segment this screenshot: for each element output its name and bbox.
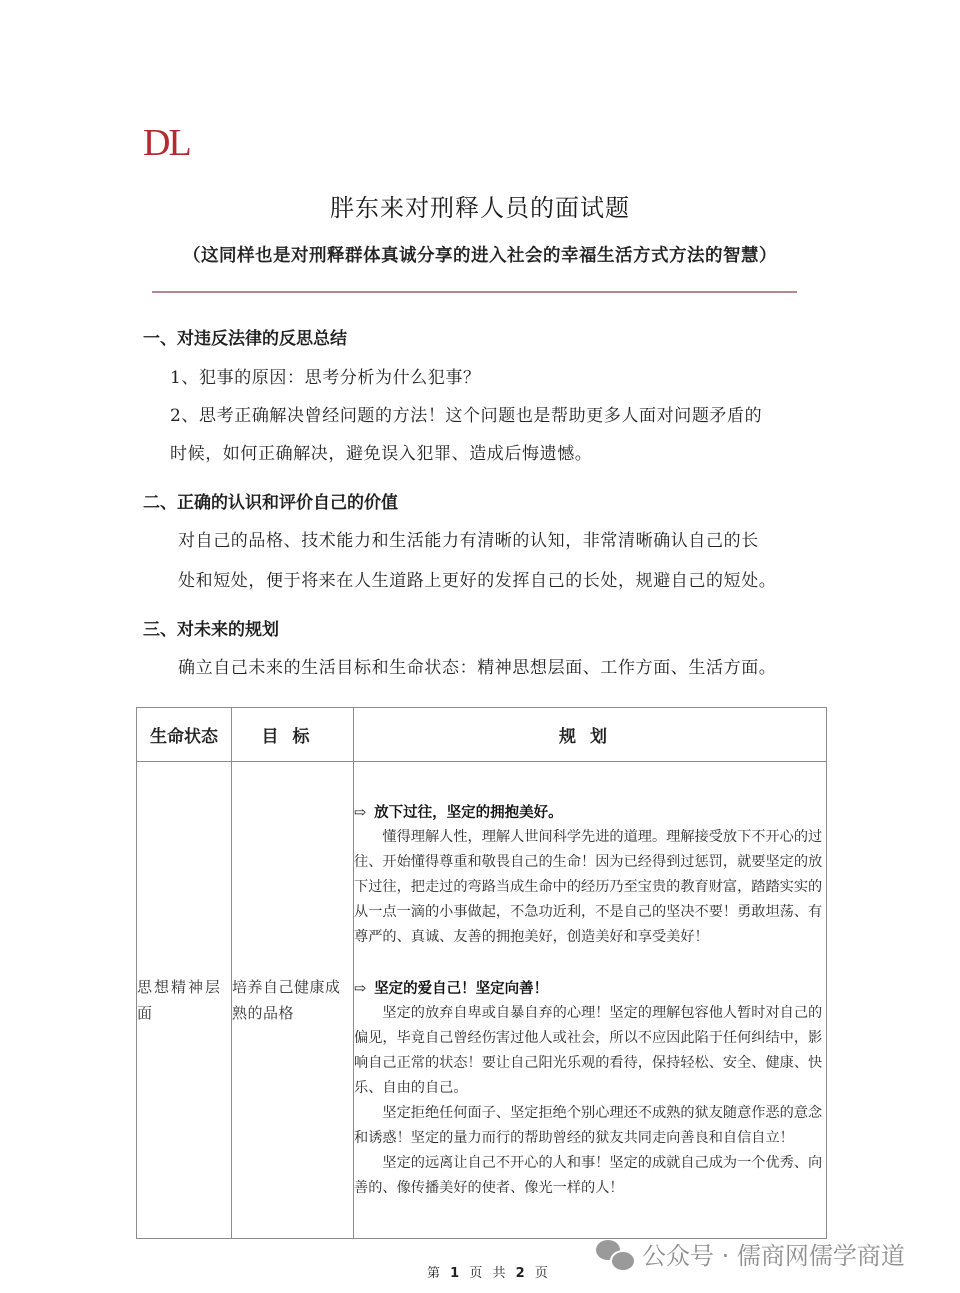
cell-goal: 培养自己健康成熟的品格 [232, 762, 354, 1239]
header-goal: 目标 [232, 708, 354, 762]
section-2-heading: 二、正确的认识和评价自己的价值 [143, 488, 398, 513]
cell-life-state: 思想精神层面 [137, 762, 232, 1239]
arrow-right-icon: ⇨ [354, 976, 366, 1001]
section-2-line-1: 对自己的品格、技术能力和生活能力有清晰的认知，非常清晰确认自己的长 [178, 526, 759, 551]
page-number: 第 1 页 共 2 页 [427, 1262, 551, 1281]
plan-block-2-paragraph-1: 坚定的放弃自卑或自暴自弃的心理！坚定的理解包容他人暂时对自己的偏见，毕竟自己曾经… [354, 1001, 826, 1101]
title-separator [152, 291, 797, 293]
section-1-heading: 一、对违反法律的反思总结 [143, 324, 347, 349]
wechat-icon [596, 1238, 634, 1270]
header-plan: 规划 [354, 708, 827, 762]
section-1-line-2: 2、思考正确解决曾经问题的方法！这个问题也是帮助更多人面对问题矛盾的 [170, 401, 762, 426]
section-2-line-2: 处和短处，便于将来在人生道路上更好的发挥自己的长处，规避自己的短处。 [178, 566, 776, 591]
plan-block-2-paragraph-2: 坚定拒绝任何面子、坚定拒绝个别心理还不成熟的狱友随意作恶的意念和诱惑！坚定的量力… [354, 1101, 826, 1151]
plan-block-1-paragraph: 懂得理解人性，理解人世间科学先进的道理。理解接受放下不开心的过往、开始懂得尊重和… [354, 825, 826, 950]
plan-block-2-heading: ⇨坚定的爱自己！坚定向善！ [354, 976, 826, 1001]
document-title: 胖东来对刑释人员的面试题 [0, 188, 960, 223]
section-1-line-1: 1、犯事的原因：思考分析为什么犯事？ [170, 363, 481, 388]
section-3-line-1: 确立自己未来的生活目标和生命状态：精神思想层面、工作方面、生活方面。 [178, 653, 776, 678]
life-plan-table: 生命状态 目标 规划 思想精神层面 培养自己健康成熟的品格 ⇨放下过往，坚定的拥… [136, 707, 827, 1239]
arrow-right-icon: ⇨ [354, 800, 366, 825]
plan-block-2-paragraph-3: 坚定的远离让自己不开心的人和事！坚定的成就自己成为一个优秀、向善的、像传播美好的… [354, 1151, 826, 1201]
table-header-row: 生命状态 目标 规划 [137, 708, 827, 762]
table-row: 思想精神层面 培养自己健康成熟的品格 ⇨放下过往，坚定的拥抱美好。 懂得理解人性… [137, 762, 827, 1239]
section-1-line-3: 时候，如何正确解决，避免误入犯罪、造成后悔遗憾。 [170, 439, 592, 464]
header-life-state: 生命状态 [137, 708, 232, 762]
section-3-heading: 三、对未来的规划 [143, 615, 279, 640]
wechat-watermark: 公众号 · 儒商网儒学商道 [596, 1236, 905, 1271]
cell-plan: ⇨放下过往，坚定的拥抱美好。 懂得理解人性，理解人世间科学先进的道理。理解接受放… [354, 762, 827, 1239]
dl-logo: DL [143, 124, 190, 162]
plan-block-1-heading: ⇨放下过往，坚定的拥抱美好。 [354, 800, 826, 825]
document-subtitle: （这同样也是对刑释群体真诚分享的进入社会的幸福生活方式方法的智慧） [150, 242, 810, 267]
watermark-text: 公众号 · 儒商网儒学商道 [642, 1236, 905, 1271]
